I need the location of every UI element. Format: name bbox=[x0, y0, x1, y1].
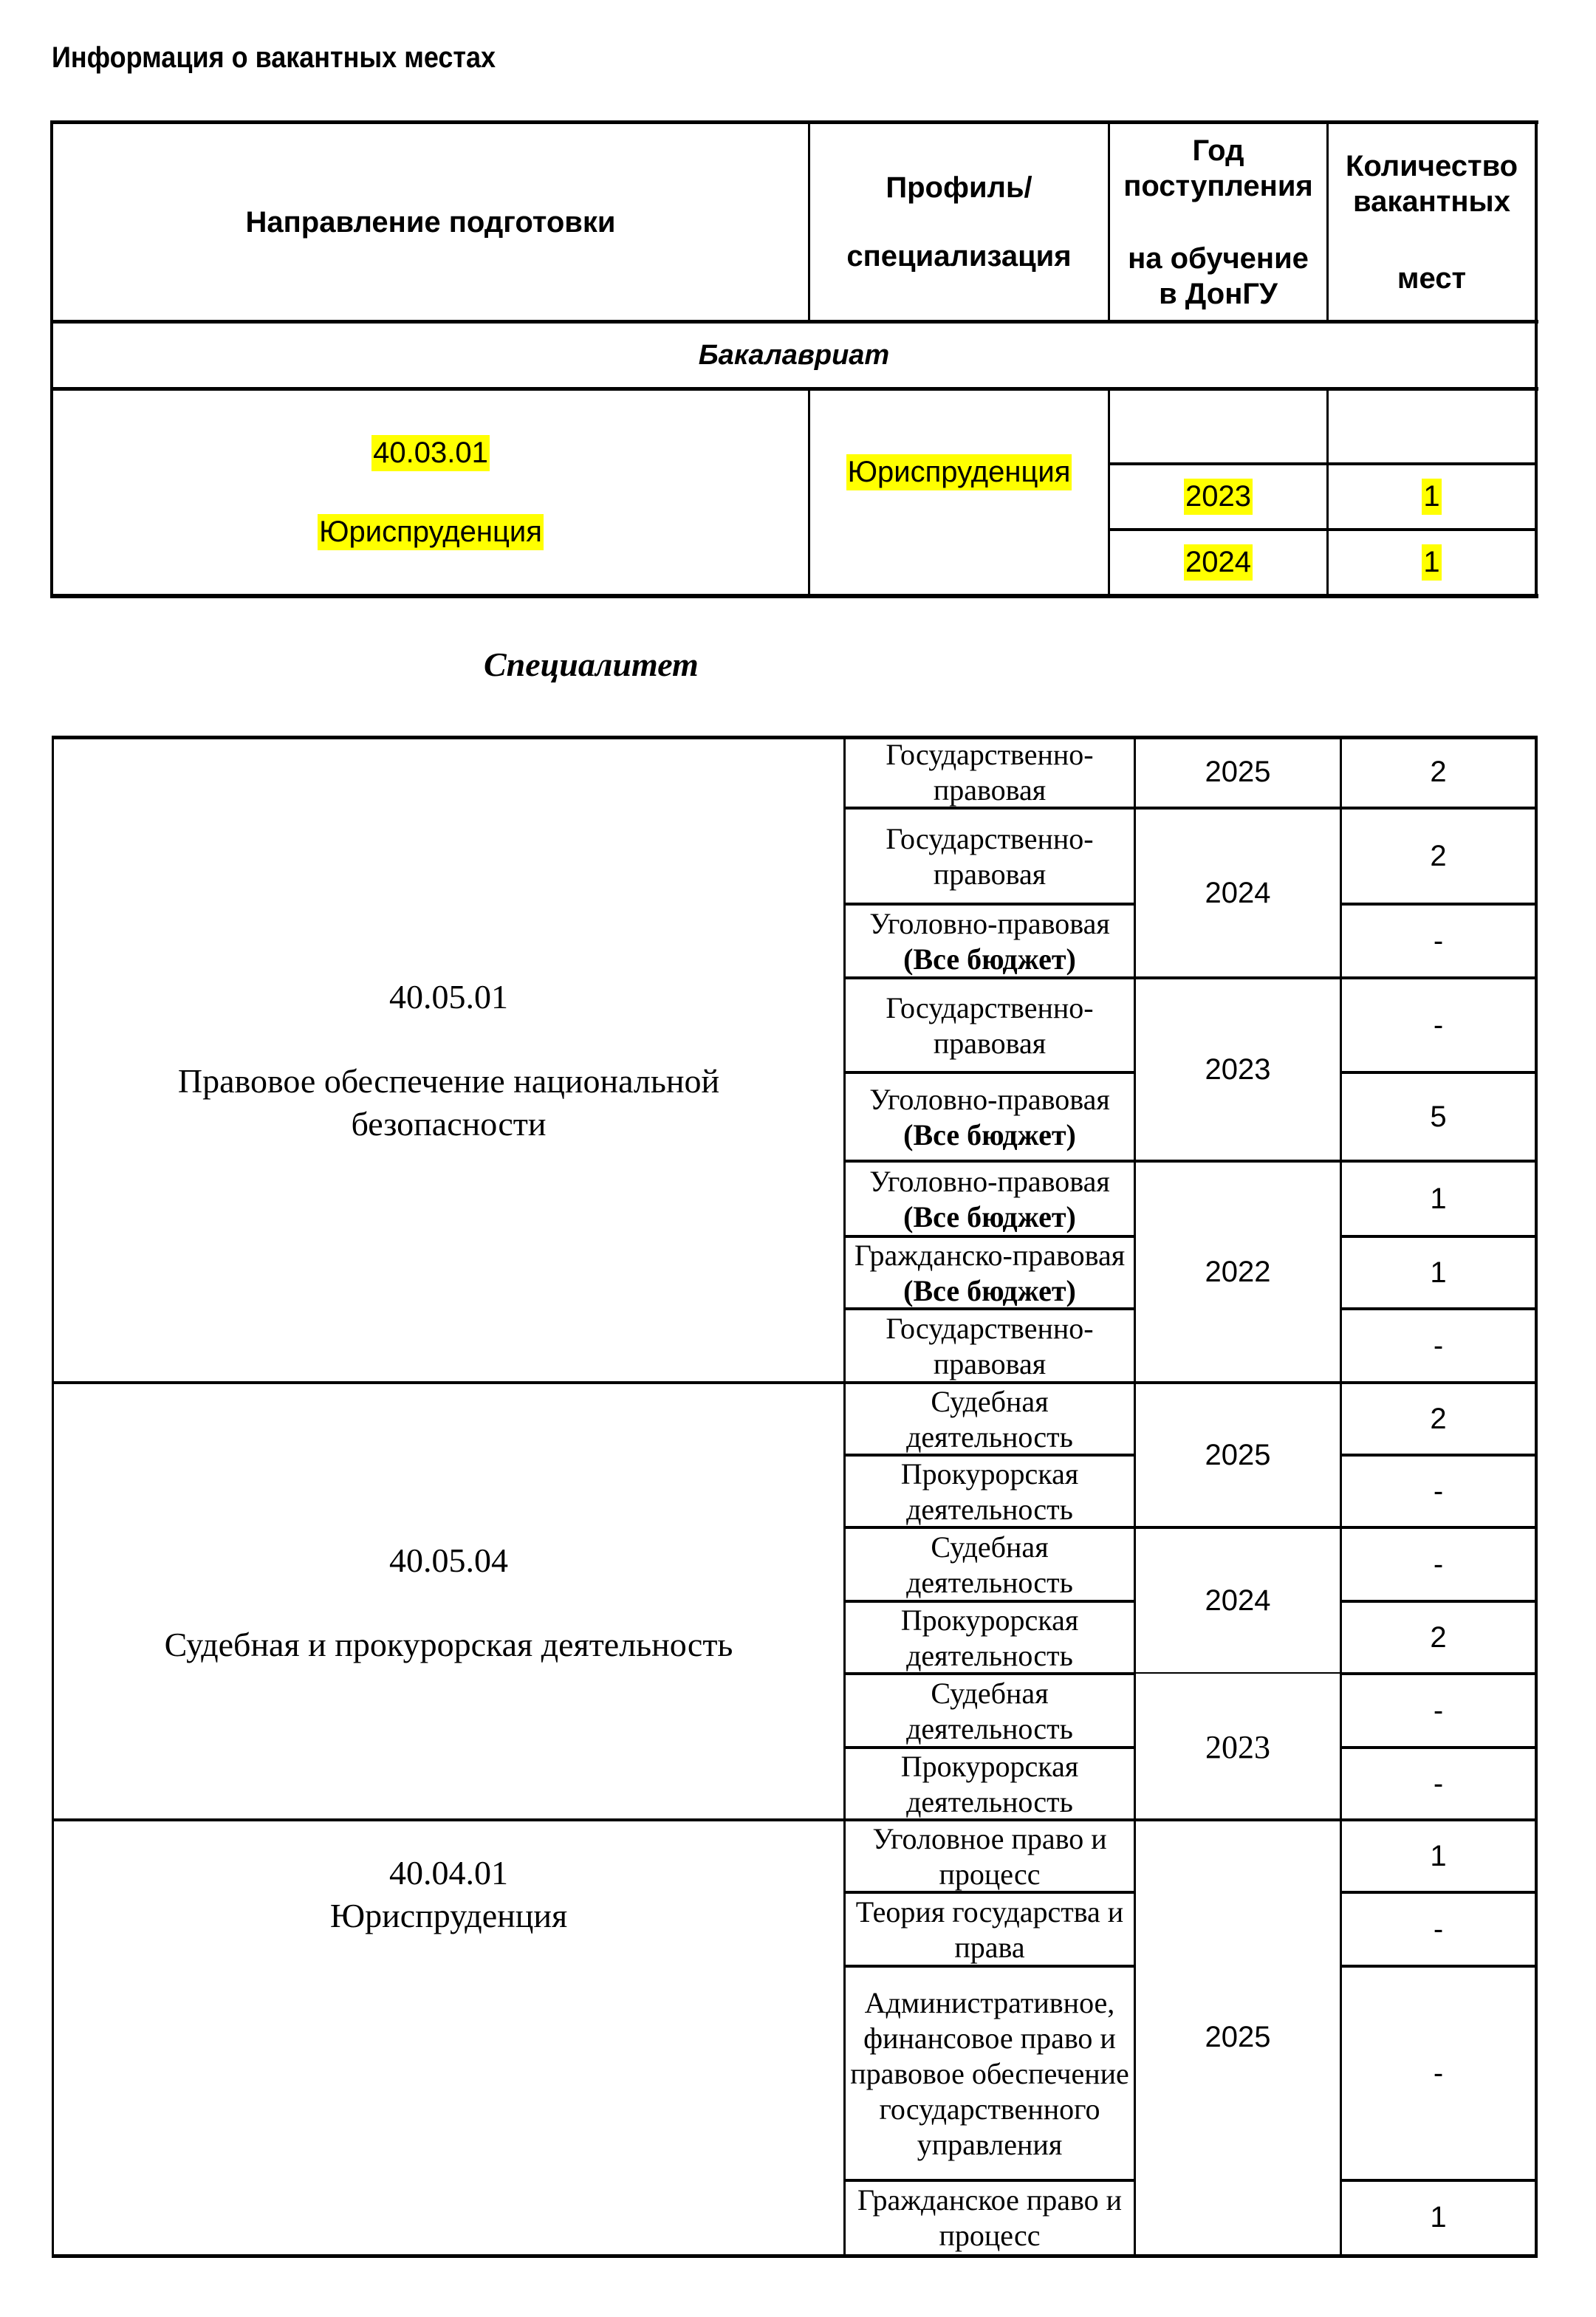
year-value: 2024 bbox=[1184, 544, 1253, 581]
count-cell: 2 bbox=[1342, 1603, 1535, 1673]
program-cell: 40.03.01 Юриспруденция bbox=[53, 391, 808, 594]
profile-name: Уголовное право и процесс bbox=[849, 1821, 1131, 1892]
count-cell: - bbox=[1342, 1457, 1535, 1527]
profile-cell: Юриспруденция bbox=[810, 391, 1108, 553]
count-value: 2 bbox=[1430, 1621, 1446, 1654]
header-profile-label: специализация bbox=[846, 239, 1071, 274]
profile-cell: Государственно-правовая bbox=[846, 979, 1134, 1072]
table-border bbox=[50, 594, 1538, 598]
header-year-label: Год bbox=[1193, 133, 1244, 168]
profile-note: (Все бюджет) bbox=[903, 1273, 1076, 1309]
profile-name: Государственно-правовая bbox=[849, 1311, 1131, 1382]
header-profile: Профиль/ специализация bbox=[810, 124, 1108, 320]
year-value: 2023 bbox=[1184, 479, 1253, 515]
profile-cell: Уголовно-правовая(Все бюджет) bbox=[846, 1163, 1134, 1236]
profile-note: (Все бюджет) bbox=[903, 942, 1076, 977]
count-cell: - bbox=[1342, 979, 1535, 1072]
count-value: - bbox=[1434, 1329, 1443, 1363]
table-border bbox=[52, 2254, 1538, 2258]
year-cell: 2024 bbox=[1136, 1529, 1340, 1673]
profile-name: Прокурорская деятельность bbox=[849, 1457, 1131, 1527]
year-value: 2025 bbox=[1205, 1439, 1271, 1472]
year-cell: 2023 bbox=[1136, 979, 1340, 1160]
year-cell: 2023 bbox=[1110, 465, 1326, 528]
count-cell: 2 bbox=[1342, 1384, 1535, 1454]
count-cell: 1 bbox=[1342, 1163, 1535, 1236]
program-cell: 40.05.04Судебная и прокурорская деятельн… bbox=[54, 1385, 843, 1820]
profile-note: (Все бюджет) bbox=[903, 1199, 1076, 1235]
profile-cell: Уголовно-правовая(Все бюджет) bbox=[846, 906, 1134, 977]
year-cell bbox=[1110, 391, 1326, 462]
profile-name: Юриспруденция bbox=[846, 454, 1072, 490]
header-year-label: поступления bbox=[1123, 168, 1313, 204]
count-cell: - bbox=[1342, 1749, 1535, 1819]
year-value: 2023 bbox=[1205, 1053, 1271, 1086]
header-year-label: в ДонГУ bbox=[1159, 276, 1278, 312]
count-value: 2 bbox=[1430, 840, 1446, 873]
count-cell: - bbox=[1342, 1894, 1535, 1965]
year-value: 2025 bbox=[1205, 2021, 1271, 2054]
profile-name: Уголовно-правовая bbox=[869, 1082, 1110, 1118]
profile-name: Уголовно-правовая bbox=[869, 906, 1110, 942]
table-border bbox=[1535, 736, 1538, 2257]
profile-cell: Уголовное право и процесс bbox=[846, 1821, 1134, 1892]
profile-name: Государственно-правовая bbox=[849, 737, 1131, 808]
profile-cell: Прокурорская деятельность bbox=[846, 1603, 1134, 1673]
profile-name: Гражданско-правовая bbox=[854, 1238, 1125, 1273]
year-cell: 2022 bbox=[1136, 1163, 1340, 1382]
header-year-label: на обучение bbox=[1128, 241, 1309, 276]
program-code: 40.05.04 bbox=[389, 1539, 508, 1582]
count-value: 1 bbox=[1430, 2201, 1446, 2234]
profile-cell: Прокурорская деятельность bbox=[846, 1457, 1134, 1527]
count-cell: 5 bbox=[1342, 1074, 1535, 1160]
year-value: 2024 bbox=[1205, 1584, 1271, 1618]
page-title: Информация о вакантных местах bbox=[52, 41, 496, 75]
count-cell: - bbox=[1342, 906, 1535, 977]
profile-note: (Все бюджет) bbox=[903, 1118, 1076, 1153]
profile-name: Судебная деятельность bbox=[849, 1384, 1131, 1455]
header-count-label: вакантных bbox=[1353, 184, 1510, 219]
year-cell: 2025 bbox=[1136, 737, 1340, 807]
profile-cell: Прокурорская деятельность bbox=[846, 1749, 1134, 1819]
year-value: 2023 bbox=[1205, 1726, 1270, 1769]
program-cell: 40.05.01Правовое обеспечение национально… bbox=[54, 738, 843, 1383]
count-cell: 2 bbox=[1342, 810, 1535, 903]
table-divider bbox=[1134, 1672, 1341, 1674]
count-cell: - bbox=[1342, 1310, 1535, 1382]
count-cell: 1 bbox=[1329, 465, 1535, 528]
year-value: 2025 bbox=[1205, 756, 1271, 789]
year-cell: 2023 bbox=[1136, 1675, 1340, 1819]
year-cell: 2025 bbox=[1136, 1821, 1340, 2253]
profile-cell: Судебная деятельность bbox=[846, 1529, 1134, 1601]
count-cell: 1 bbox=[1329, 531, 1535, 594]
count-value: 1 bbox=[1430, 1256, 1446, 1290]
count-value: - bbox=[1434, 1475, 1443, 1508]
profile-cell: Теория государства и права bbox=[846, 1894, 1134, 1965]
year-cell: 2024 bbox=[1136, 810, 1340, 977]
count-value: 2 bbox=[1430, 1403, 1446, 1436]
program-code: 40.04.01 bbox=[389, 1852, 508, 1895]
count-cell: 1 bbox=[1342, 1238, 1535, 1308]
count-value: - bbox=[1434, 1913, 1443, 1946]
profile-name: Государственно-правовая bbox=[849, 821, 1131, 892]
header-count: Количество вакантных мест bbox=[1329, 124, 1535, 320]
count-cell: 1 bbox=[1342, 1821, 1535, 1892]
profile-cell: Государственно-правовая bbox=[846, 1310, 1134, 1382]
header-direction: Направление подготовки bbox=[53, 124, 808, 320]
program-name: Судебная и прокурорская деятельность bbox=[165, 1623, 733, 1666]
count-value: - bbox=[1434, 1767, 1443, 1801]
count-cell: - bbox=[1342, 1968, 1535, 2180]
profile-cell: Уголовно-правовая(Все бюджет) bbox=[846, 1074, 1134, 1160]
program-name: Правовое обеспечение национальной безопа… bbox=[131, 1060, 767, 1146]
profile-name: Государственно-правовая bbox=[849, 990, 1131, 1061]
section-title-specialist: Специалитет bbox=[484, 645, 699, 684]
count-cell: 2 bbox=[1342, 737, 1535, 807]
count-cell: - bbox=[1342, 1529, 1535, 1601]
table-border bbox=[1535, 120, 1538, 598]
year-cell: 2025 bbox=[1136, 1384, 1340, 1527]
profile-cell: Судебная деятельность bbox=[846, 1675, 1134, 1747]
profile-cell: Административное, финансовое право и пра… bbox=[846, 1968, 1134, 2180]
count-value: 2 bbox=[1430, 756, 1446, 789]
count-cell: 1 bbox=[1342, 2182, 1535, 2253]
profile-name: Теория государства и права bbox=[849, 1895, 1131, 1965]
count-value: 1 bbox=[1422, 479, 1441, 515]
section-label-text: Бакалавриат bbox=[699, 340, 889, 372]
header-year: Год поступления на обучение в ДонГУ bbox=[1110, 124, 1326, 320]
count-value: 1 bbox=[1430, 1183, 1446, 1216]
profile-cell: Государственно-правовая bbox=[846, 810, 1134, 903]
count-value: 5 bbox=[1430, 1101, 1446, 1134]
year-value: 2022 bbox=[1205, 1256, 1271, 1289]
profile-cell: Судебная деятельность bbox=[846, 1384, 1134, 1454]
program-code: 40.05.01 bbox=[389, 976, 508, 1019]
count-value: 1 bbox=[1422, 544, 1441, 581]
program-name: Юриспруденция bbox=[318, 514, 544, 550]
count-value: - bbox=[1434, 1548, 1443, 1581]
profile-name: Прокурорская деятельность bbox=[849, 1603, 1131, 1674]
profile-cell: Гражданско-правовая(Все бюджет) bbox=[846, 1238, 1134, 1308]
profile-name: Гражданское право и процесс bbox=[849, 2183, 1131, 2253]
profile-name: Прокурорская деятельность bbox=[849, 1749, 1131, 1820]
header-count-label: Количество bbox=[1346, 148, 1518, 184]
count-value: - bbox=[1434, 925, 1443, 958]
profile-name: Уголовно-правовая bbox=[869, 1164, 1110, 1199]
section-label-bachelor: Бакалавриат bbox=[53, 324, 1535, 387]
count-value: - bbox=[1434, 1694, 1443, 1728]
count-value: 1 bbox=[1430, 1840, 1446, 1873]
profile-name: Судебная деятельность bbox=[849, 1676, 1131, 1747]
count-value: - bbox=[1434, 2057, 1443, 2090]
profile-cell: Государственно-правовая bbox=[846, 737, 1134, 807]
profile-name: Административное, финансовое право и пра… bbox=[849, 1985, 1131, 2163]
program-name: Юриспруденция bbox=[330, 1895, 567, 1937]
header-direction-label: Направление подготовки bbox=[246, 205, 616, 240]
year-value: 2024 bbox=[1205, 877, 1271, 910]
year-cell: 2024 bbox=[1110, 531, 1326, 594]
program-cell: 40.04.01Юриспруденция bbox=[54, 1822, 843, 2254]
header-profile-label: Профиль/ bbox=[886, 170, 1032, 205]
header-count-label: мест bbox=[1397, 261, 1466, 296]
profile-name: Судебная деятельность bbox=[849, 1530, 1131, 1601]
program-code: 40.03.01 bbox=[371, 435, 490, 471]
profile-cell: Гражданское право и процесс bbox=[846, 2182, 1134, 2253]
count-cell: - bbox=[1342, 1675, 1535, 1747]
count-cell bbox=[1329, 391, 1535, 462]
count-value: - bbox=[1434, 1009, 1443, 1042]
